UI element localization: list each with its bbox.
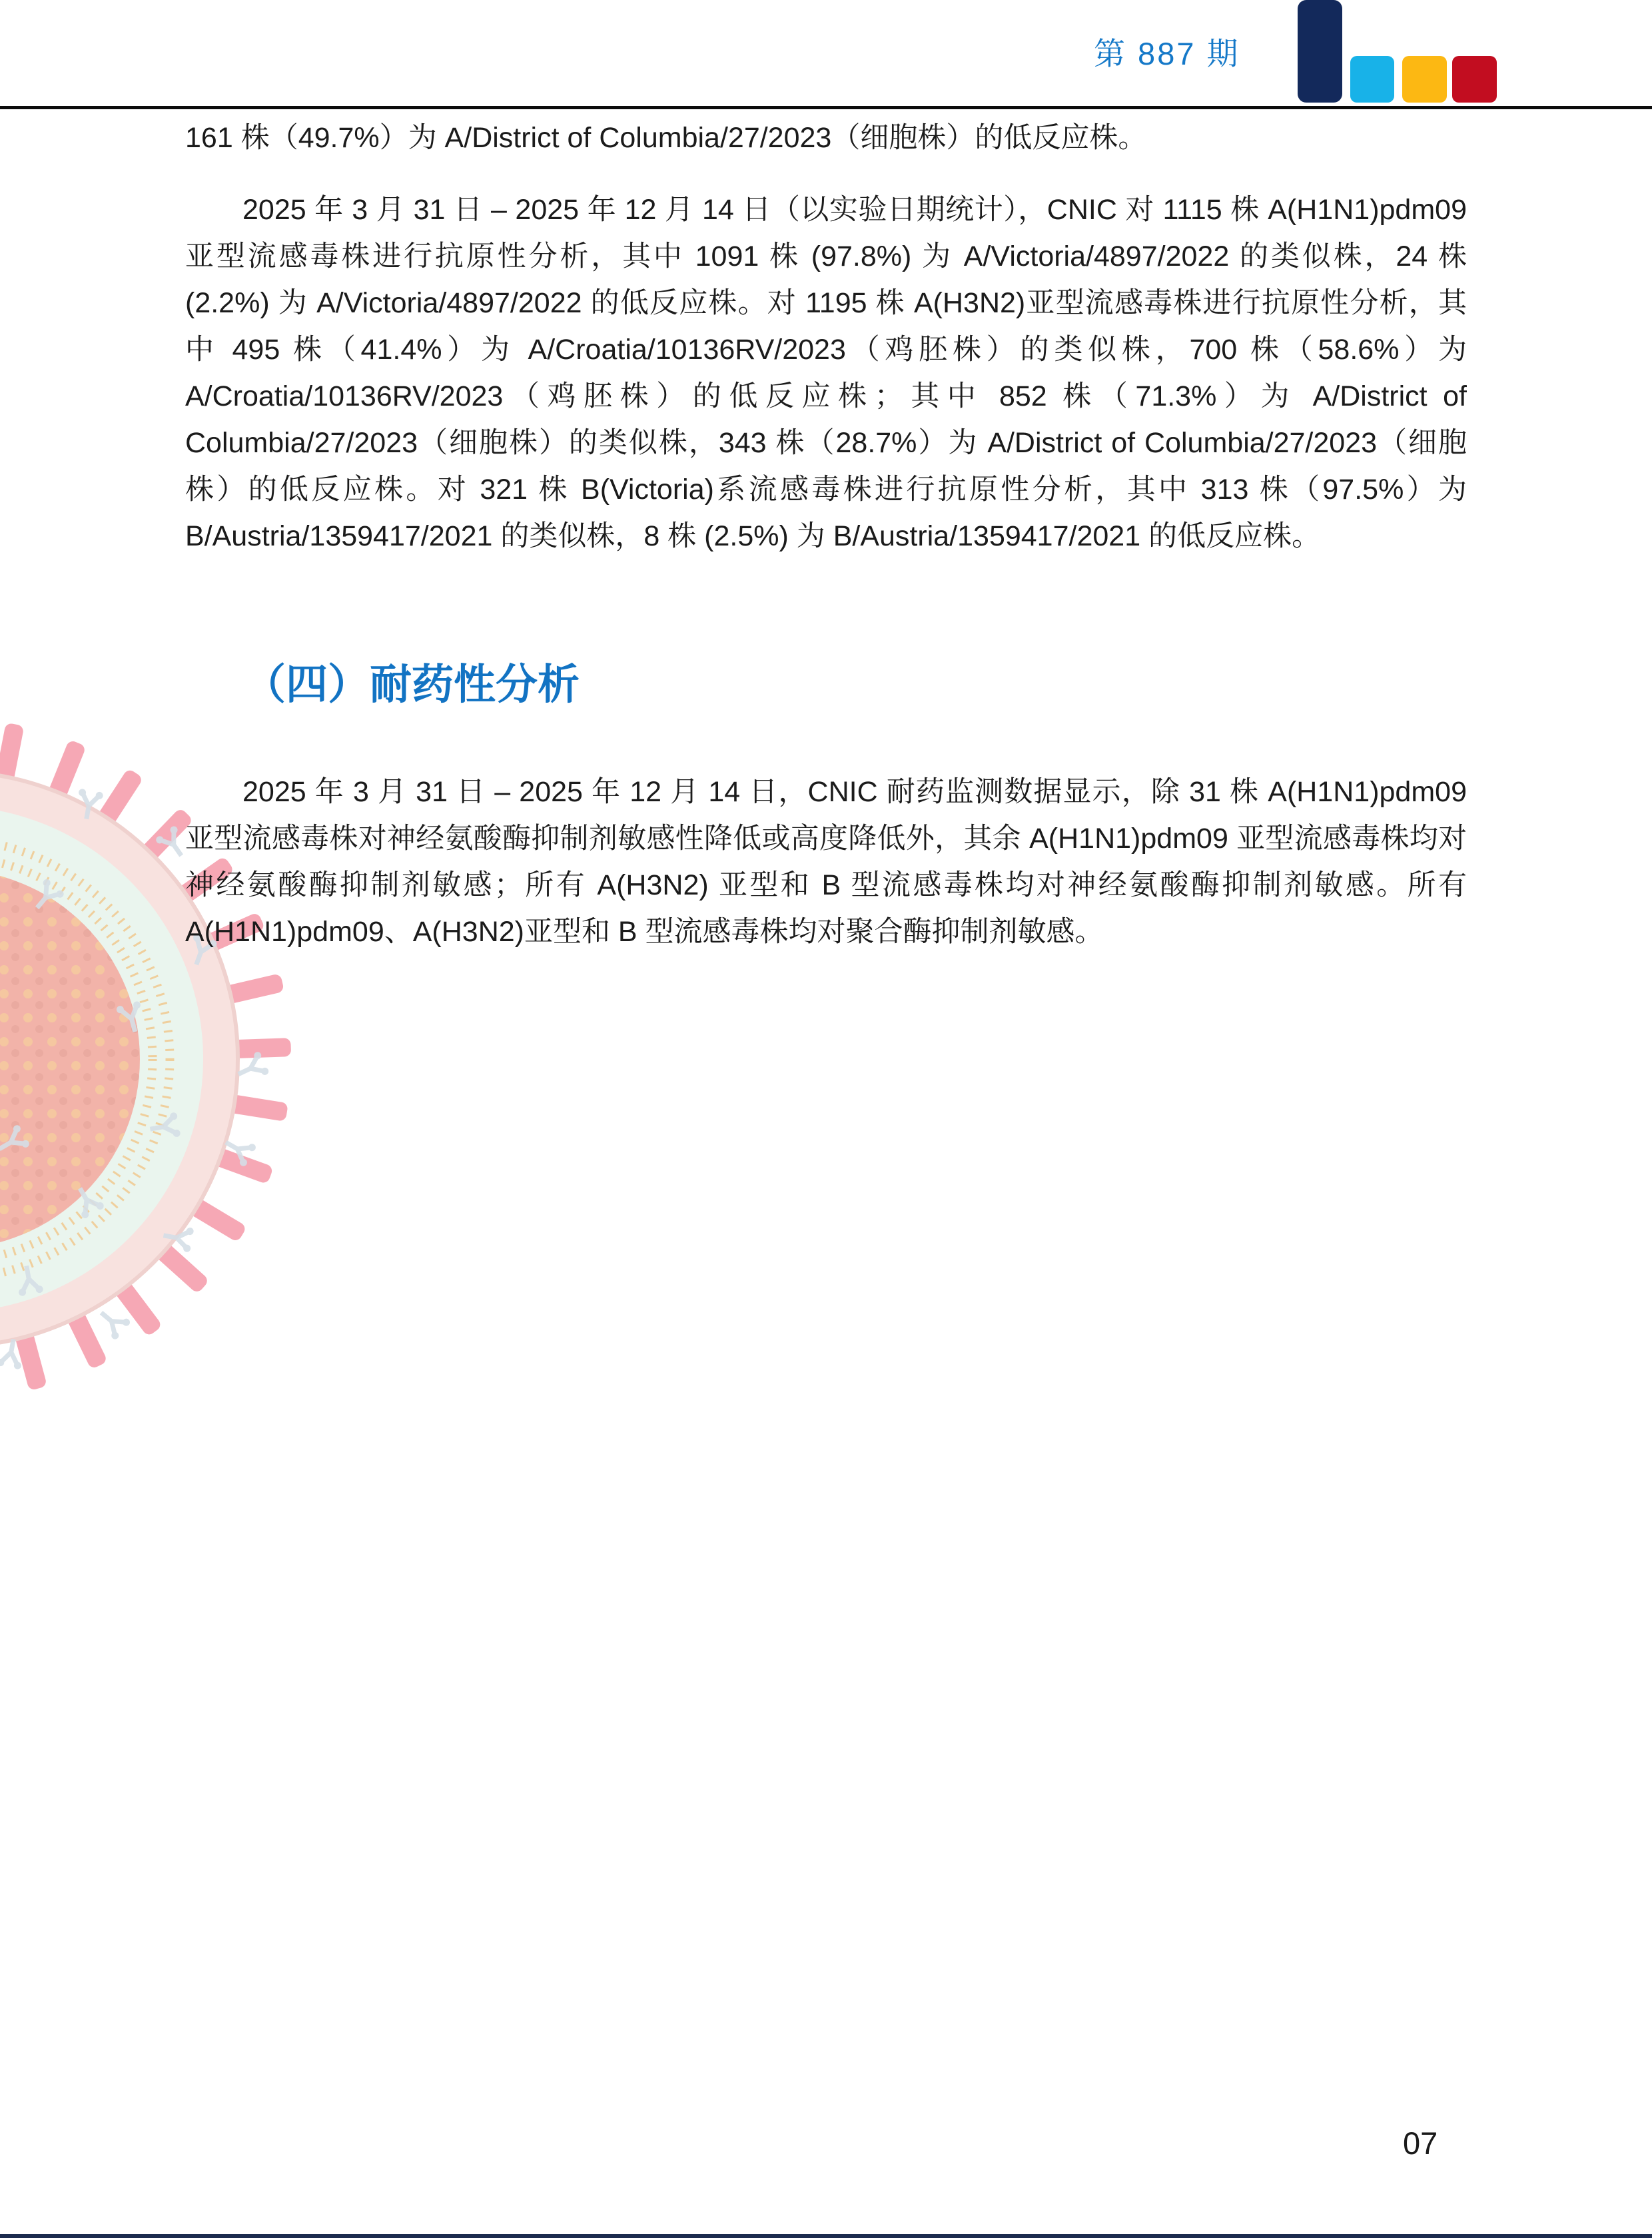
header-divider-rule (0, 106, 1652, 109)
brand-block-navy (1298, 0, 1342, 103)
brand-block-lightblue (1350, 56, 1394, 103)
page-number: 07 (1403, 2125, 1438, 2161)
footer-bar (0, 2234, 1652, 2238)
page-body: 161 株（49.7%）为 A/District of Columbia/27/… (185, 115, 1467, 955)
issue-number-label: 第 887 期 (1094, 29, 1240, 74)
brand-block-yellow (1402, 56, 1447, 103)
document-page: 第 887 期 (0, 0, 1652, 2240)
section-heading-drug-resistance: （四）耐药性分析 (244, 658, 1467, 711)
paragraph-continuation: 161 株（49.7%）为 A/District of Columbia/27/… (185, 115, 1467, 161)
paragraph-antigenic-analysis: 2025 年 3 月 31 日 – 2025 年 12 月 14 日（以实验日期… (185, 187, 1467, 560)
brand-block-red (1452, 56, 1497, 103)
paragraph-drug-resistance: 2025 年 3 月 31 日 – 2025 年 12 月 14 日，CNIC … (185, 769, 1467, 955)
